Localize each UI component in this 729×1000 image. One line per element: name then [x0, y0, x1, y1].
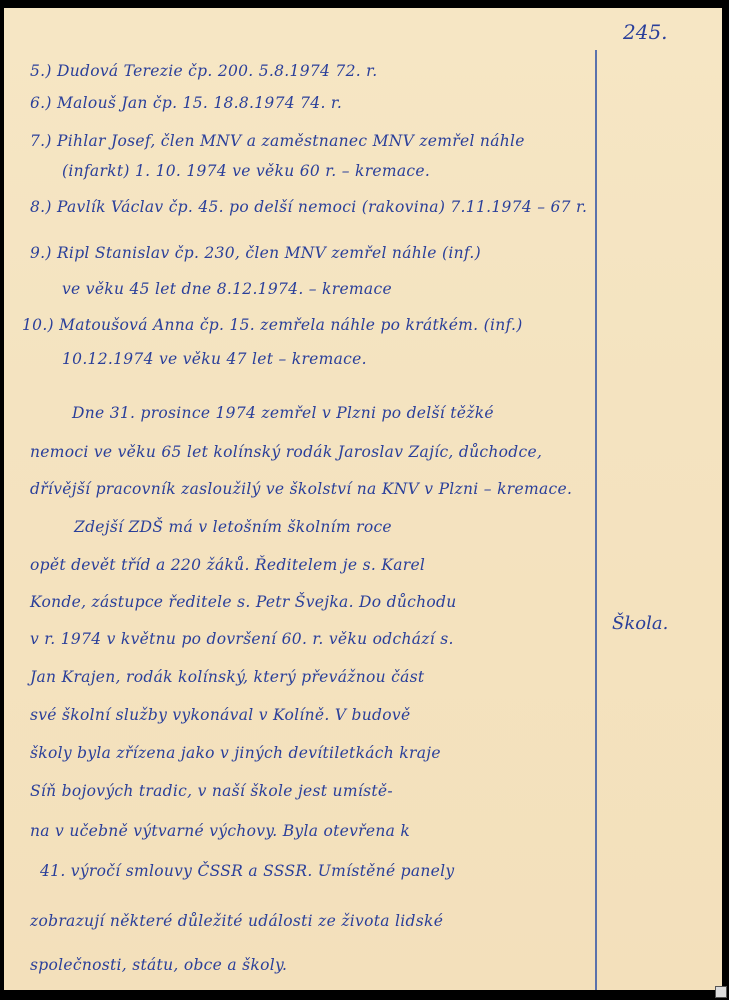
- margin-line: [595, 50, 597, 990]
- text-line: 9.) Ripl Stanislav čp. 230, člen MNV zem…: [30, 244, 481, 262]
- text-line: své školní služby vykonával v Kolíně. V …: [30, 706, 410, 724]
- text-line: 8.) Pavlík Václav čp. 45. po delší nemoc…: [30, 198, 587, 216]
- text-line: (infarkt) 1. 10. 1974 ve věku 60 r. – kr…: [62, 162, 430, 180]
- margin-note-skola: Škola.: [612, 613, 668, 634]
- corner-marker-icon: [715, 986, 727, 998]
- text-line: společnosti, státu, obce a školy.: [30, 956, 287, 974]
- text-line: Zdejší ZDŠ má v letošním školním roce: [74, 518, 392, 536]
- text-line: 6.) Malouš Jan čp. 15. 18.8.1974 74. r.: [30, 94, 342, 112]
- text-line: v r. 1974 v květnu po dovršení 60. r. vě…: [30, 630, 454, 648]
- text-line: nemoci ve věku 65 let kolínský rodák Jar…: [30, 443, 542, 461]
- text-line: dřívější pracovník zasloužilý ve školstv…: [30, 480, 572, 498]
- text-line: 7.) Pihlar Josef, člen MNV a zaměstnanec…: [30, 132, 525, 150]
- text-line: ve věku 45 let dne 8.12.1974. – kremace: [62, 280, 392, 298]
- text-line: zobrazují některé důležité události ze ž…: [30, 912, 443, 930]
- text-line: 5.) Dudová Terezie čp. 200. 5.8.1974 72.…: [30, 62, 377, 80]
- text-line: Síň bojových tradic, v naší škole jest u…: [30, 782, 393, 800]
- text-line: na v učebně výtvarné výchovy. Byla otevř…: [30, 822, 410, 840]
- text-line: 10.) Matoušová Anna čp. 15. zemřela náhl…: [22, 316, 523, 334]
- text-line: Konde, zástupce ředitele s. Petr Švejka.…: [30, 593, 457, 611]
- text-line: opět devět tříd a 220 žáků. Ředitelem je…: [30, 556, 425, 574]
- text-line: 41. výročí smlouvy ČSSR a SSSR. Umístěné…: [40, 862, 454, 880]
- text-line: Jan Krajen, rodák kolínský, který převáž…: [30, 668, 424, 686]
- text-line: školy byla zřízena jako v jiných devítil…: [30, 744, 441, 762]
- text-line: 10.12.1974 ve věku 47 let – kremace.: [62, 350, 367, 368]
- text-line: Dne 31. prosince 1974 zemřel v Plzni po …: [72, 404, 494, 422]
- page-number: 245.: [623, 20, 668, 44]
- document-page: [4, 8, 722, 990]
